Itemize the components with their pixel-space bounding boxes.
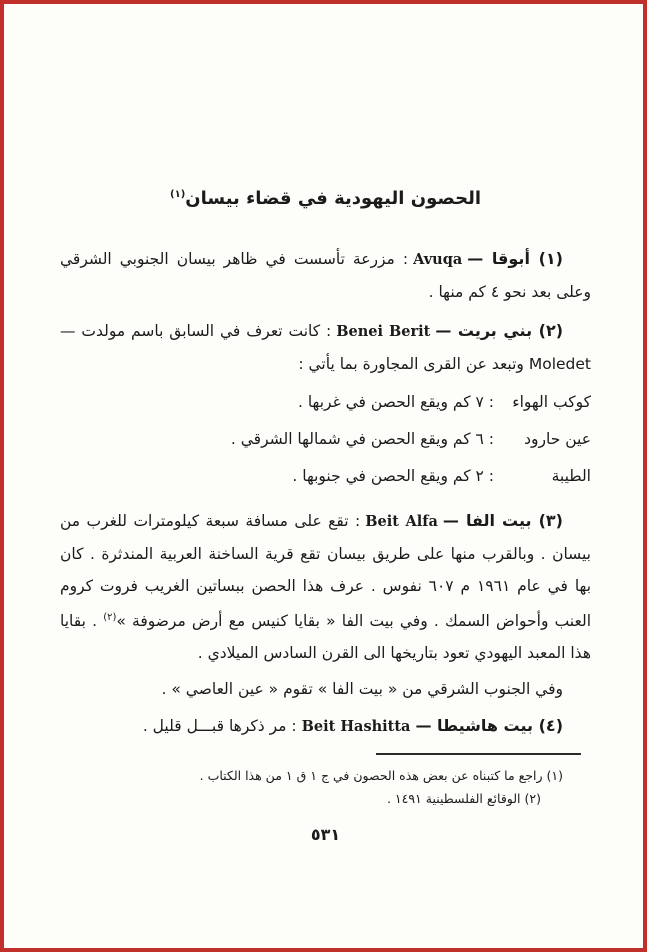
paragraph-beit-alfa: (٣) بيت الفا —Beit Alfa: تقع على مسافة س… bbox=[60, 505, 591, 669]
footnote-separator bbox=[376, 753, 581, 755]
footnote-2: (٢) الوقائع الفلسطينية ١٤٩١ . bbox=[60, 787, 563, 810]
paragraph-ein-asi: وفي الجنوب الشرقي من « بيت الفا » تقوم «… bbox=[60, 673, 591, 705]
distance-info: : ٢ كم ويقع الحصن في جنوبها . bbox=[60, 458, 494, 495]
entry-latin-name: Beit Hashitta bbox=[302, 718, 411, 735]
distance-place: الطيبة bbox=[494, 458, 591, 495]
paragraph-avuqa: (١) أبوقا —Avuqa: مزرعة تأسست في ظاهر بي… bbox=[60, 243, 591, 308]
title-text: الحصون اليهودية في قضاء بيسان bbox=[185, 188, 481, 209]
entry-latin-name: Avuqa bbox=[413, 251, 462, 268]
footnote-ref-2: (٢) bbox=[103, 612, 116, 623]
entry-body: : مر ذكرها قبـــل قليل . bbox=[143, 717, 297, 735]
paragraph-beit-hashitta: (٤) بيت هاشيطا —Beit Hashitta: مر ذكرها … bbox=[60, 710, 591, 743]
distance-row: عين حارود : ٦ كم ويقع الحصن في شمالها ال… bbox=[60, 421, 591, 458]
title-footnote-ref: (١) bbox=[170, 189, 185, 200]
page-number: ٥٣١ bbox=[60, 825, 591, 844]
distance-place: كوكب الهواء bbox=[494, 384, 591, 421]
distance-info: : ٦ كم ويقع الحصن في شمالها الشرقي . bbox=[60, 421, 494, 458]
distance-row: الطيبة : ٢ كم ويقع الحصن في جنوبها . bbox=[60, 458, 591, 495]
distance-place: عين حارود bbox=[494, 421, 591, 458]
distance-list: كوكب الهواء : ٧ كم ويقع الحصن في غربها .… bbox=[60, 384, 591, 495]
paragraph-benei-berit: (٢) بني بريت —Benei Berit: كانت تعرف في … bbox=[60, 315, 591, 380]
entry-number-name: (٤) بيت هاشيطا — bbox=[415, 716, 563, 735]
entry-latin-name: Benei Berit bbox=[336, 323, 430, 340]
distance-info: : ٧ كم ويقع الحصن في غربها . bbox=[60, 384, 494, 421]
distance-row: كوكب الهواء : ٧ كم ويقع الحصن في غربها . bbox=[60, 384, 591, 421]
page-title: الحصون اليهودية في قضاء بيسان(١) bbox=[60, 188, 591, 209]
entry-number-name: (٣) بيت الفا — bbox=[443, 511, 563, 530]
footnote-1: (١) راجع ما كتبناه عن بعض هذه الحصون في … bbox=[60, 764, 563, 787]
footnotes-block: (١) راجع ما كتبناه عن بعض هذه الحصون في … bbox=[60, 764, 591, 810]
book-page: الحصون اليهودية في قضاء بيسان(١) (١) أبو… bbox=[0, 0, 647, 952]
entry-number-name: (٢) بني بريت — bbox=[435, 321, 563, 340]
entry-latin-name: Beit Alfa bbox=[365, 513, 438, 530]
entry-number-name: (١) أبوقا — bbox=[467, 249, 563, 268]
paragraph-text: وفي الجنوب الشرقي من « بيت الفا » تقوم «… bbox=[162, 680, 563, 698]
